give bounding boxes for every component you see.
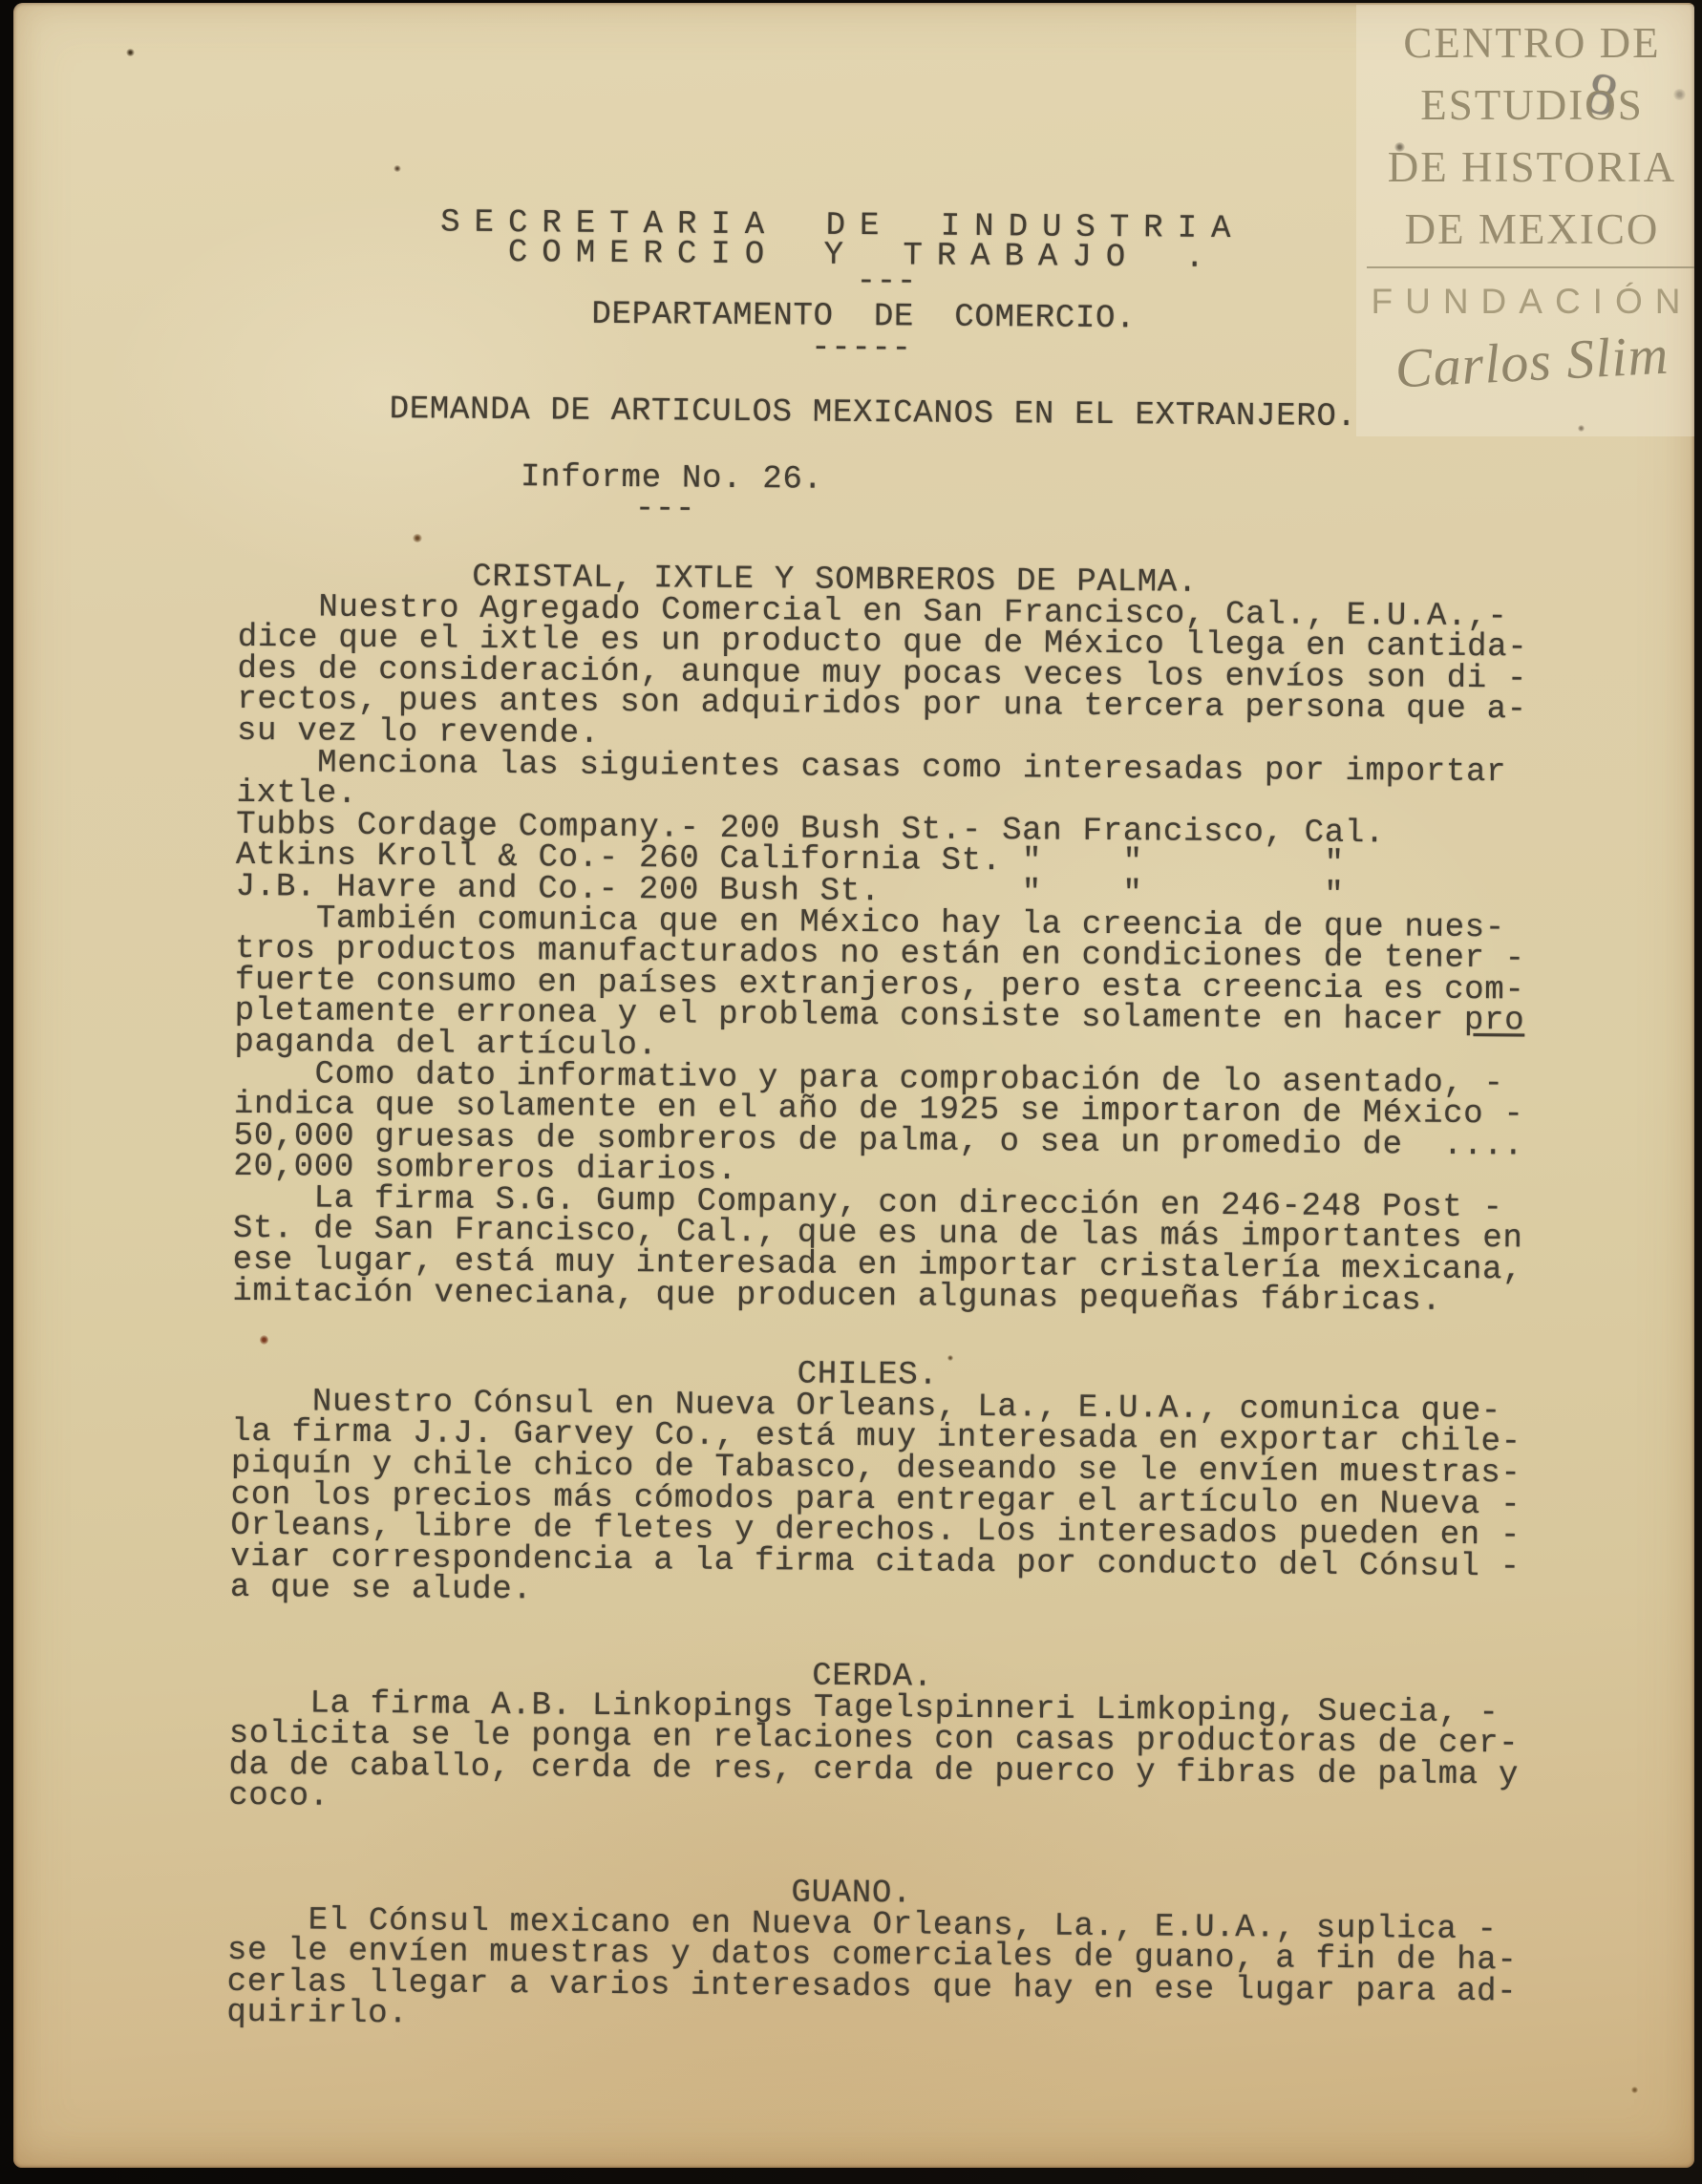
- document-page: SECRETARIA DE INDUSTRIA COMERCIO Y TRABA…: [13, 3, 1694, 2168]
- document-line: imitación veneciana, que producen alguna…: [232, 1277, 1569, 1319]
- document-body: CRISTAL, IXTLE Y SOMBREROS DE PALMA. Nue…: [226, 561, 1575, 2040]
- watermark-line: ESTUDIOS: [1356, 74, 1694, 137]
- header-divider-2: -----: [811, 332, 912, 366]
- paper-stain: [947, 1355, 953, 1361]
- header-divider-1: ---: [857, 265, 918, 298]
- header-divider-3: ---: [635, 493, 696, 525]
- paper-stain: [1631, 2087, 1638, 2093]
- document-title: DEMANDA DE ARTICULOS MEXICANOS EN EL EXT…: [390, 393, 1357, 434]
- watermark-line: DE MEXICO: [1356, 199, 1694, 261]
- paper-stain: [394, 165, 401, 172]
- watermark-signature: Carlos Slim: [1354, 320, 1694, 402]
- paper-stain: [413, 534, 422, 542]
- watermark-overlay: CENTRO DEESTUDIOSDE HISTORIADE MEXICO FU…: [1356, 5, 1694, 436]
- watermark-divider-line: [1367, 266, 1694, 268]
- watermark-institution-lines: CENTRO DEESTUDIOSDE HISTORIADE MEXICO: [1356, 5, 1694, 261]
- scan-background: SECRETARIA DE INDUSTRIA COMERCIO Y TRABA…: [0, 0, 1702, 2184]
- watermark-fundacion-label: FUNDACIÓN: [1356, 282, 1694, 322]
- paper-stain: [126, 49, 135, 56]
- paper-stain: [260, 1335, 268, 1345]
- watermark-line: CENTRO DE: [1356, 12, 1694, 74]
- watermark-line: DE HISTORIA: [1356, 137, 1694, 199]
